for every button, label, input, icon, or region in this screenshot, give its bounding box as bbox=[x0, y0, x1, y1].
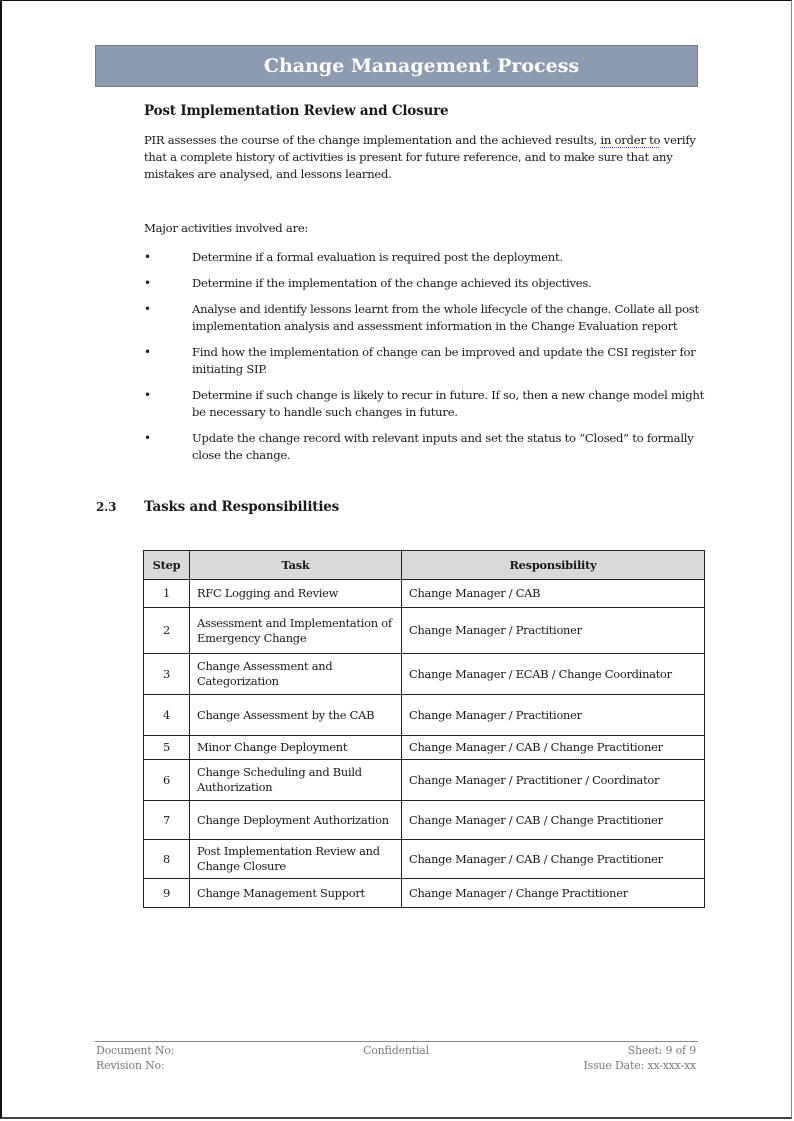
list-item: •Determine if such change is likely to r… bbox=[144, 387, 704, 421]
bullet-icon: • bbox=[144, 301, 151, 318]
table-row: 6Change Scheduling and Build Authorizati… bbox=[144, 760, 705, 801]
bullet-icon: • bbox=[144, 275, 151, 292]
sheet-number: Sheet: 9 of 9 bbox=[496, 1043, 696, 1058]
cell-task: Change Management Support bbox=[190, 879, 402, 908]
cell-step: 7 bbox=[144, 801, 190, 840]
pir-heading: Post Implementation Review and Closure bbox=[144, 103, 448, 119]
cell-responsibility: Change Manager / CAB / Change Practition… bbox=[402, 801, 705, 840]
table-row: 5Minor Change DeploymentChange Manager /… bbox=[144, 736, 705, 760]
section-heading: 2.3 Tasks and Responsibilities bbox=[96, 499, 339, 516]
table-row: 8Post Implementation Review and Change C… bbox=[144, 840, 705, 879]
cell-responsibility: Change Manager / Practitioner bbox=[402, 608, 705, 654]
list-item-text: Find how the implementation of change ca… bbox=[192, 345, 696, 376]
activities-lead: Major activities involved are: bbox=[144, 221, 308, 235]
cell-task: Change Assessment and Categorization bbox=[190, 654, 402, 695]
bullet-icon: • bbox=[144, 387, 151, 404]
section-title: Tasks and Responsibilities bbox=[144, 499, 339, 516]
section-number: 2.3 bbox=[96, 499, 144, 516]
table-row: 1RFC Logging and ReviewChange Manager / … bbox=[144, 580, 705, 608]
bullet-icon: • bbox=[144, 344, 151, 361]
revision-number-label: Revision No: bbox=[96, 1058, 296, 1073]
table-header-row: Step Task Responsibility bbox=[144, 551, 705, 580]
cell-task: Change Deployment Authorization bbox=[190, 801, 402, 840]
cell-responsibility: Change Manager / CAB bbox=[402, 580, 705, 608]
cell-step: 4 bbox=[144, 695, 190, 736]
pir-paragraph: PIR assesses the course of the change im… bbox=[144, 132, 704, 183]
issue-date: Issue Date: xx-xxx-xx bbox=[496, 1058, 696, 1073]
list-item-text: Determine if such change is likely to re… bbox=[192, 388, 704, 419]
cell-responsibility: Change Manager / ECAB / Change Coordinat… bbox=[402, 654, 705, 695]
tasks-table: Step Task Responsibility 1RFC Logging an… bbox=[143, 550, 705, 908]
list-item-text: Determine if a formal evaluation is requ… bbox=[192, 250, 563, 264]
cell-responsibility: Change Manager / Change Practitioner bbox=[402, 879, 705, 908]
list-item: •Determine if the implementation of the … bbox=[144, 275, 704, 292]
cell-task: Minor Change Deployment bbox=[190, 736, 402, 760]
table-row: 9Change Management SupportChange Manager… bbox=[144, 879, 705, 908]
cell-step: 9 bbox=[144, 879, 190, 908]
table-row: 7Change Deployment AuthorizationChange M… bbox=[144, 801, 705, 840]
document-title: Change Management Process bbox=[214, 55, 579, 77]
cell-responsibility: Change Manager / CAB / Change Practition… bbox=[402, 736, 705, 760]
table-row: 4Change Assessment by the CABChange Mana… bbox=[144, 695, 705, 736]
cell-task: RFC Logging and Review bbox=[190, 580, 402, 608]
list-item: •Find how the implementation of change c… bbox=[144, 344, 704, 378]
activities-list: •Determine if a formal evaluation is req… bbox=[144, 249, 704, 473]
footer-divider bbox=[95, 1041, 698, 1042]
list-item-text: Determine if the implementation of the c… bbox=[192, 276, 592, 290]
list-item: •Determine if a formal evaluation is req… bbox=[144, 249, 704, 266]
cell-responsibility: Change Manager / Practitioner bbox=[402, 695, 705, 736]
cell-task: Assessment and Implementation of Emergen… bbox=[190, 608, 402, 654]
cell-task: Change Assessment by the CAB bbox=[190, 695, 402, 736]
table-row: 2Assessment and Implementation of Emerge… bbox=[144, 608, 705, 654]
list-item: •Analyse and identify lessons learnt fro… bbox=[144, 301, 704, 335]
list-item-text: Update the change record with relevant i… bbox=[192, 431, 694, 462]
column-header-step: Step bbox=[144, 551, 190, 580]
cell-step: 2 bbox=[144, 608, 190, 654]
table-row: 3Change Assessment and CategorizationCha… bbox=[144, 654, 705, 695]
classification-label: Confidential bbox=[296, 1043, 496, 1058]
cell-step: 3 bbox=[144, 654, 190, 695]
cell-step: 8 bbox=[144, 840, 190, 879]
column-header-task: Task bbox=[190, 551, 402, 580]
column-header-responsibility: Responsibility bbox=[402, 551, 705, 580]
grammar-flagged-phrase: in order to bbox=[600, 133, 660, 147]
bullet-icon: • bbox=[144, 430, 151, 447]
cell-step: 5 bbox=[144, 736, 190, 760]
bullet-icon: • bbox=[144, 249, 151, 266]
cell-responsibility: Change Manager / CAB / Change Practition… bbox=[402, 840, 705, 879]
cell-step: 6 bbox=[144, 760, 190, 801]
page-footer: Document No: Confidential Sheet: 9 of 9 … bbox=[96, 1043, 696, 1073]
cell-responsibility: Change Manager / Practitioner / Coordina… bbox=[402, 760, 705, 801]
list-item: •Update the change record with relevant … bbox=[144, 430, 704, 464]
cell-task: Change Scheduling and Build Authorizatio… bbox=[190, 760, 402, 801]
list-item-text: Analyse and identify lessons learnt from… bbox=[192, 302, 699, 333]
cell-task: Post Implementation Review and Change Cl… bbox=[190, 840, 402, 879]
document-number-label: Document No: bbox=[96, 1043, 296, 1058]
header-banner: Change Management Process bbox=[95, 45, 698, 87]
cell-step: 1 bbox=[144, 580, 190, 608]
pir-paragraph-part1: PIR assesses the course of the change im… bbox=[144, 133, 600, 147]
